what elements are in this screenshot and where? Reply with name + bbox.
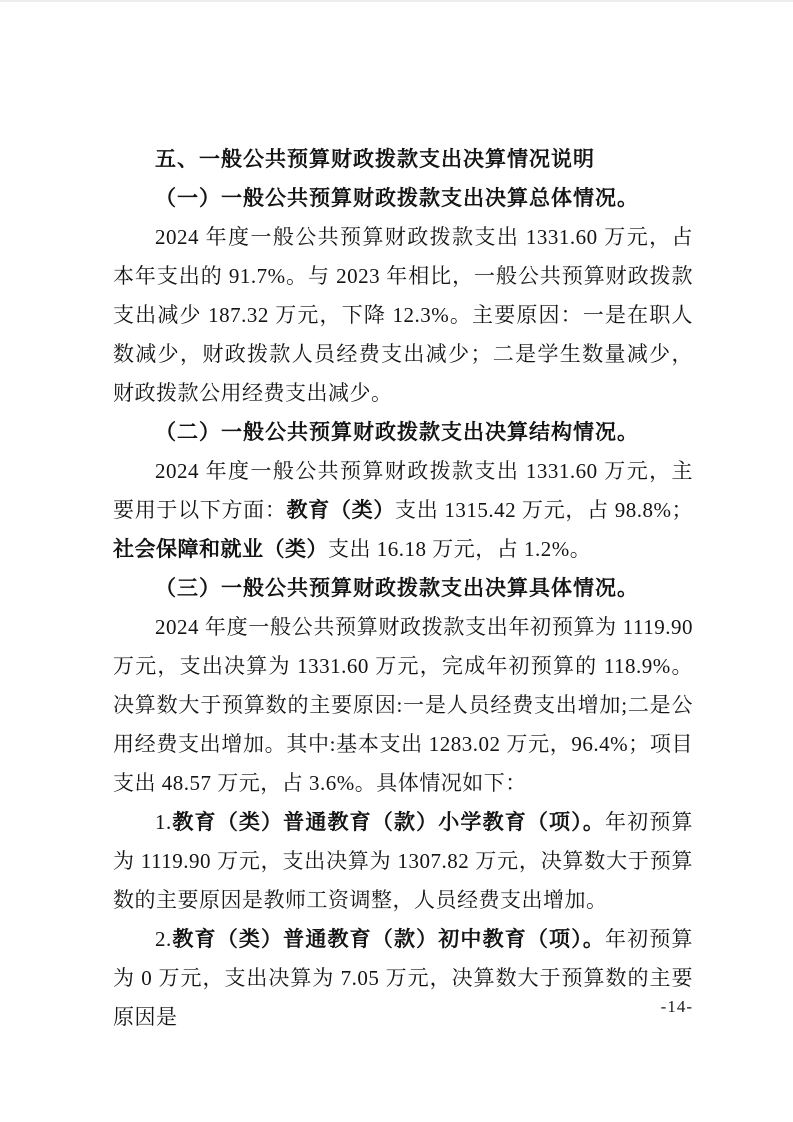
heading-subsection-3: （三）一般公共预算财政拨款支出决算具体情况。 (113, 569, 693, 608)
page-number: -14- (661, 997, 693, 1017)
text-run: 支出 16.18 万元，占 1.2%。 (328, 537, 591, 561)
bold-run-item-2-title: 教育（类）普通教育（款）初中教育（项）。 (172, 928, 605, 951)
item-number: 1. (155, 810, 172, 834)
bold-run-social-security-category: 社会保障和就业（类） (113, 538, 328, 561)
heading-subsection-2: （二）一般公共预算财政拨款支出决算结构情况。 (113, 413, 693, 452)
document-page: 五、一般公共预算财政拨款支出决算情况说明 （一）一般公共预算财政拨款支出决算总体… (0, 0, 793, 1122)
paragraph-item-2-middle-school-education: 2.教育（类）普通教育（款）初中教育（项）。年初预算为 0 万元，支出决算为 7… (113, 920, 693, 1037)
paragraph-overall-situation: 2024 年度一般公共预算财政拨款支出 1331.60 万元，占本年支出的 91… (113, 218, 693, 413)
bold-run-item-1-title: 教育（类）普通教育（款）小学教育（项）。 (172, 811, 605, 834)
heading-subsection-1: （一）一般公共预算财政拨款支出决算总体情况。 (113, 179, 693, 218)
document-body: 五、一般公共预算财政拨款支出决算情况说明 （一）一般公共预算财政拨款支出决算总体… (113, 140, 693, 1037)
paragraph-expenditure-structure: 2024 年度一般公共预算财政拨款支出 1331.60 万元，主要用于以下方面：… (113, 452, 693, 569)
heading-section-5: 五、一般公共预算财政拨款支出决算情况说明 (113, 140, 693, 179)
paragraph-item-1-primary-education: 1.教育（类）普通教育（款）小学教育（项）。年初预算为 1119.90 万元，支… (113, 803, 693, 920)
item-number: 2. (155, 927, 172, 951)
paragraph-specific-situation: 2024 年度一般公共预算财政拨款支出年初预算为 1119.90 万元，支出决算… (113, 608, 693, 803)
bold-run-education-category: 教育（类） (287, 499, 395, 522)
text-run: 支出 1315.42 万元，占 98.8%； (395, 498, 693, 522)
